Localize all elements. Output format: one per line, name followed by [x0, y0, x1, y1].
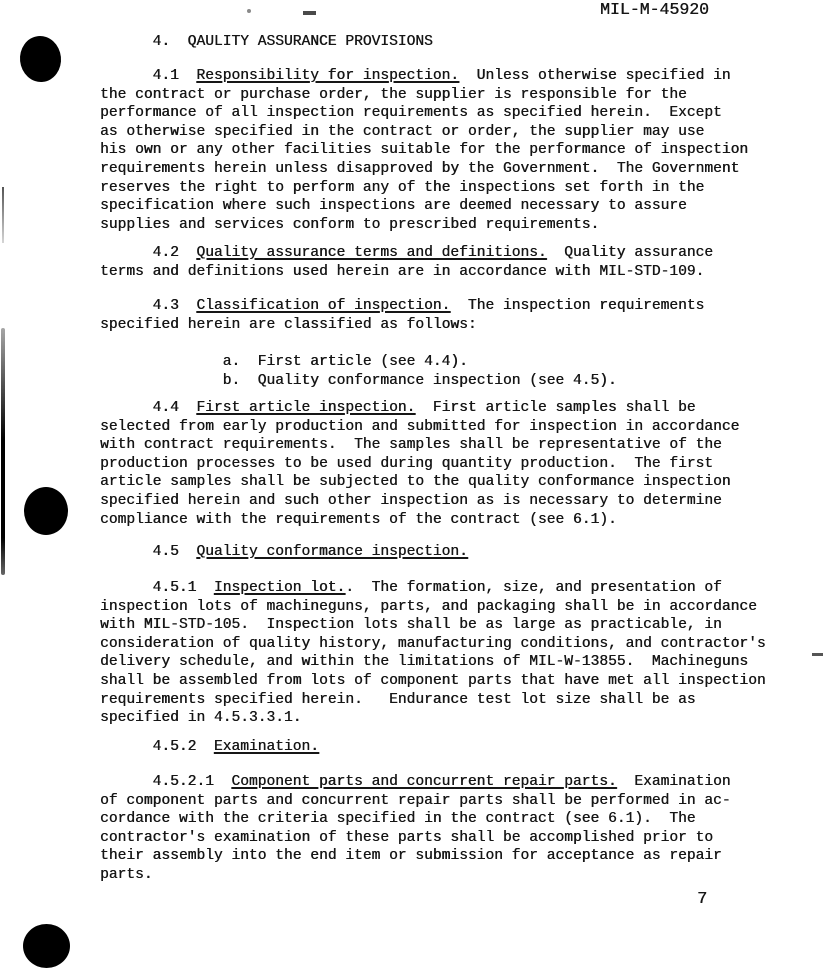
hole-punch-mark-bottom	[23, 924, 70, 968]
paragraph-number: 4.1	[100, 68, 179, 84]
paragraph-title: Component parts and concurrent repair pa…	[231, 774, 616, 790]
classification-list-item-a: a. First article (see 4.4).	[100, 353, 468, 372]
paragraph-number: 4.2	[100, 245, 179, 261]
paragraph-title: Quality assurance terms and definitions.	[196, 245, 546, 261]
paragraph-4-5: 4.5Quality conformance inspection.	[100, 543, 468, 562]
document-page: MIL-M-45920 4. QAULITY ASSURANCE PROVISI…	[0, 0, 825, 970]
section-heading-text: 4. QAULITY ASSURANCE PROVISIONS	[100, 34, 433, 50]
paragraph-body: Unless otherwise specified in the contra…	[100, 68, 748, 233]
paragraph-4-5-2: 4.5.2Examination.	[100, 738, 319, 757]
page-number: 7	[697, 890, 707, 910]
scan-speck-dot	[247, 9, 251, 13]
paragraph-4-4: 4.4First article inspection. First artic…	[100, 399, 739, 529]
paragraph-number: 4.3	[100, 298, 179, 314]
scan-edge-mark	[2, 187, 4, 243]
paragraph-body: Examination of component parts and concu…	[100, 774, 731, 883]
paragraph-title: Responsibility for inspection.	[196, 68, 459, 84]
paragraph-4-5-2-1: 4.5.2.1Component parts and concurrent re…	[100, 773, 731, 885]
doc-number: MIL-M-45920	[600, 1, 709, 19]
scan-speck-dash	[303, 11, 316, 15]
scan-right-dash	[812, 653, 823, 656]
paragraph-4-2: 4.2Quality assurance terms and definitio…	[100, 244, 713, 281]
paragraph-body: . The formation, size, and presentation …	[100, 580, 766, 726]
paragraph-number: 4.5.1	[100, 580, 196, 596]
paragraph-4-5-1: 4.5.1Inspection lot.. The formation, siz…	[100, 579, 766, 728]
scan-edge-line	[1, 328, 5, 575]
list-item-text: a. First article (see 4.4).	[223, 354, 468, 370]
paragraph-number: 4.4	[100, 400, 179, 416]
hole-punch-mark-top	[18, 34, 64, 84]
hole-punch-mark-middle	[24, 487, 68, 535]
classification-list-item-b: b. Quality conformance inspection (see 4…	[100, 372, 617, 391]
paragraph-4-3: 4.3Classification of inspection. The ins…	[100, 297, 704, 334]
paragraph-number: 4.5.2.1	[100, 774, 214, 790]
paragraph-title: Classification of inspection.	[196, 298, 450, 314]
paragraph-number: 4.5	[100, 544, 179, 560]
paragraph-4-1: 4.1Responsibility for inspection. Unless…	[100, 67, 748, 234]
section-heading: 4. QAULITY ASSURANCE PROVISIONS	[100, 33, 433, 52]
list-item-text: b. Quality conformance inspection (see 4…	[223, 373, 617, 389]
paragraph-title: First article inspection.	[196, 400, 415, 416]
paragraph-title: Inspection lot.	[214, 580, 345, 596]
paragraph-body: First article samples shall be selected …	[100, 400, 739, 528]
paragraph-title: Examination.	[214, 739, 319, 755]
paragraph-number: 4.5.2	[100, 739, 196, 755]
paragraph-title: Quality conformance inspection.	[196, 544, 468, 560]
